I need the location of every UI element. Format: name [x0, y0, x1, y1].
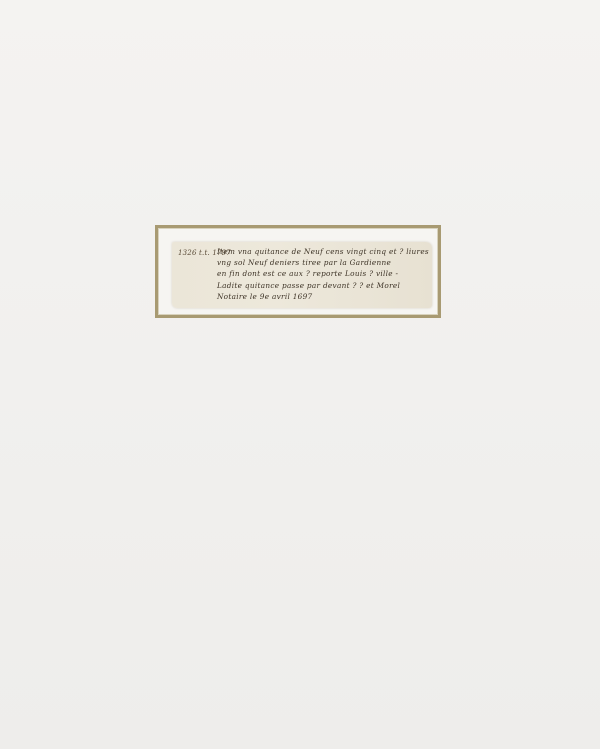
inner-frame: 1326 t.t. 1797 Item vna quitance de Neuf… [155, 225, 441, 318]
text-line: vng sol Neuf deniers tiree par la Gardie… [217, 257, 429, 268]
text-line: Notaire le 9e avril 1697 [217, 291, 429, 302]
text-line: en fin dont est ce aux ? reporte Louis ?… [217, 268, 429, 279]
mat-board: 1326 t.t. 1797 Item vna quitance de Neuf… [0, 0, 600, 749]
text-line: Ladite quitance passe par devant ? ? et … [217, 280, 429, 291]
text-line: Item vna quitance de Neuf cens vingt cin… [217, 246, 429, 257]
document-text: Item vna quitance de Neuf cens vingt cin… [217, 246, 429, 302]
handwritten-document: 1326 t.t. 1797 Item vna quitance de Neuf… [172, 242, 432, 308]
